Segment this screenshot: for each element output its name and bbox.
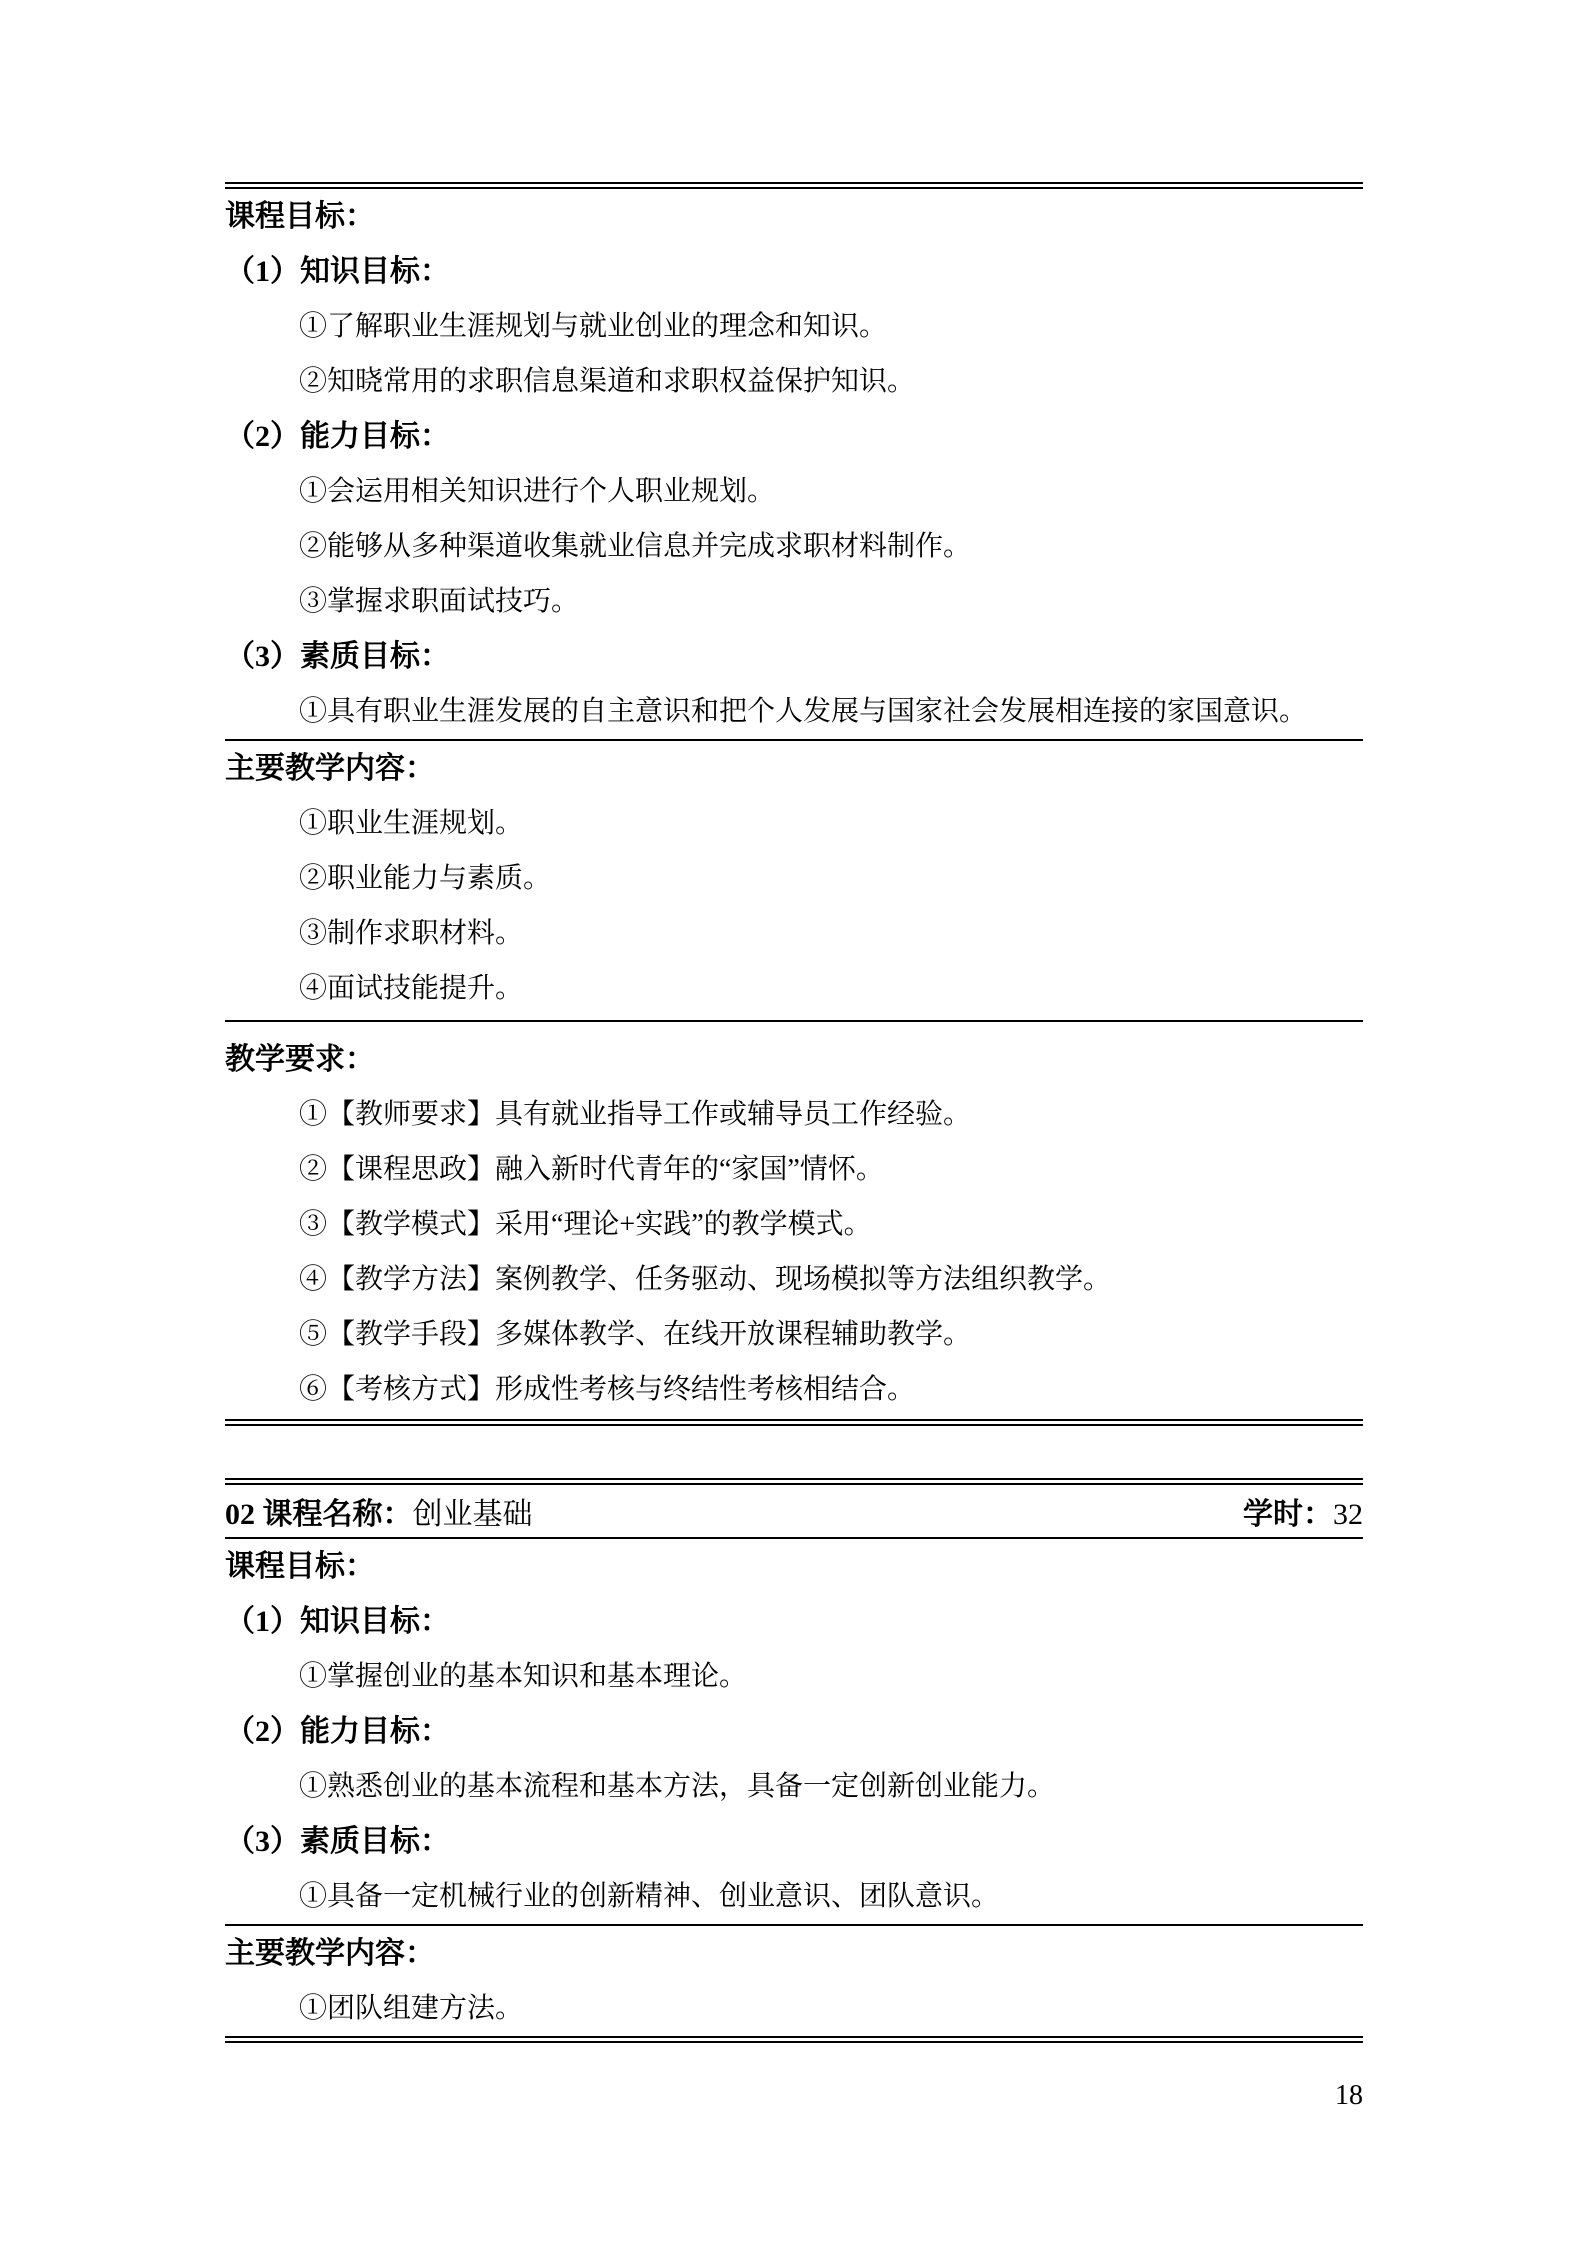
subheader-quality-objectives: （3）素质目标： [225,629,1363,684]
objective-item: ②知晓常用的求职信息渠道和求职权益保护知识。 [225,354,1363,409]
objective-item: ①具备一定机械行业的创新精神、创业意识、团队意识。 [225,1869,1363,1924]
separator-line [225,1020,1363,1022]
subheader-ability-objectives: （2）能力目标： [225,409,1363,464]
teaching-content-item: ④面试技能提升。 [225,961,1363,1016]
subheader-ability-objectives: （2）能力目标： [225,1704,1363,1759]
objective-item: ①掌握创业的基本知识和基本理论。 [225,1649,1363,1704]
course-hours-value: 32 [1333,1498,1363,1531]
teaching-requirement-item: ③【教学模式】采用“理论+实践”的教学模式。 [225,1197,1363,1252]
objective-item: ③掌握求职面试技巧。 [225,574,1363,629]
section-header-course-objectives: 课程目标： [225,1539,1363,1594]
section-header-teaching-requirements: 教学要求： [225,1032,1363,1087]
course-hours: 学时：32 [1243,1489,1363,1533]
objective-item: ①具有职业生涯发展的自主意识和把个人发展与国家社会发展相连接的家国意识。 [225,684,1363,739]
teaching-content-item: ①团队组建方法。 [225,1981,1363,2036]
teaching-content-item: ③制作求职材料。 [225,906,1363,961]
section-header-teaching-content: 主要教学内容： [225,741,1363,796]
teaching-requirement-item: ④【教学方法】案例教学、任务驱动、现场模拟等方法组织教学。 [225,1252,1363,1307]
teaching-requirement-item: ⑥【考核方式】形成性考核与终结性考核相结合。 [225,1362,1363,1417]
teaching-requirement-item: ⑤【教学手段】多媒体教学、在线开放课程辅助教学。 [225,1307,1363,1362]
course-01-block: 课程目标： （1）知识目标： ①了解职业生涯规划与就业创业的理念和知识。 ②知晓… [225,182,1363,1426]
objective-item: ②能够从多种渠道收集就业信息并完成求职材料制作。 [225,519,1363,574]
course-02-block: 02 课程名称：创业基础 学时：32 课程目标： （1）知识目标： ①掌握创业的… [225,1478,1363,2043]
section-header-course-objectives: 课程目标： [225,189,1363,244]
teaching-requirement-item: ②【课程思政】融入新时代青年的“家国”情怀。 [225,1142,1363,1197]
subheader-quality-objectives: （3）素质目标： [225,1814,1363,1869]
course-name-label: 02 课程名称： [225,1498,413,1531]
objective-item: ①熟悉创业的基本流程和基本方法，具备一定创新创业能力。 [225,1759,1363,1814]
course-header-row: 02 课程名称：创业基础 学时：32 [225,1485,1363,1539]
document-page-content: 课程目标： （1）知识目标： ①了解职业生涯规划与就业创业的理念和知识。 ②知晓… [225,182,1363,2043]
course-number-title: 02 课程名称：创业基础 [225,1489,533,1533]
course-name-value: 创业基础 [413,1498,533,1531]
objective-item: ①会运用相关知识进行个人职业规划。 [225,464,1363,519]
section-header-teaching-content: 主要教学内容： [225,1926,1363,1981]
teaching-content-item: ①职业生涯规划。 [225,796,1363,851]
objective-item: ①了解职业生涯规划与就业创业的理念和知识。 [225,299,1363,354]
subheader-knowledge-objectives: （1）知识目标： [225,1594,1363,1649]
teaching-content-item: ②职业能力与素质。 [225,851,1363,906]
course-hours-label: 学时： [1243,1498,1333,1531]
teaching-requirement-item: ①【教师要求】具有就业指导工作或辅导员工作经验。 [225,1087,1363,1142]
subheader-knowledge-objectives: （1）知识目标： [225,244,1363,299]
page-number: 18 [225,2080,1363,2112]
